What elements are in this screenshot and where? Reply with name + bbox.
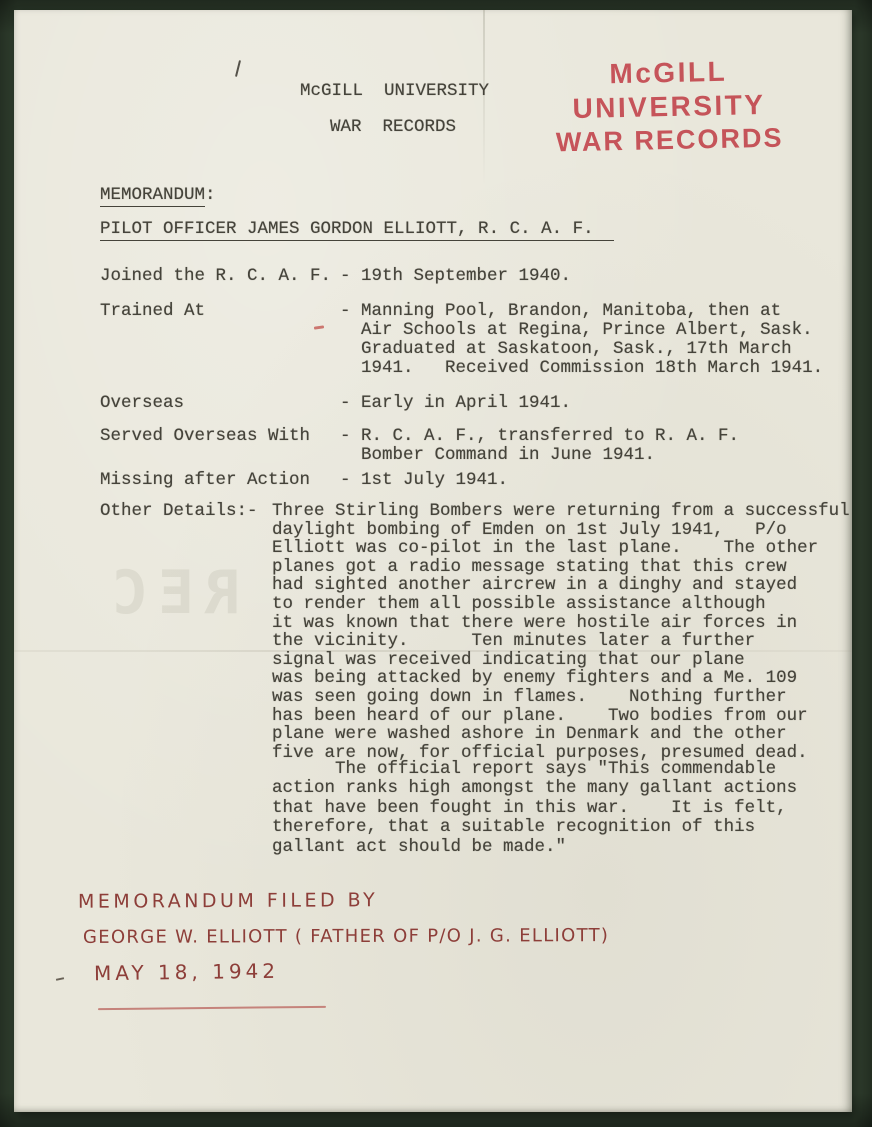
- handwritten-underline: [98, 1006, 326, 1010]
- stamp-line2: WAR RECORDS: [519, 121, 820, 160]
- typed-header-line2: WAR RECORDS: [330, 118, 456, 137]
- field-value-served-with: R. C. A. F., transferred to R. A. F. Bom…: [361, 427, 739, 465]
- handwritten-name-line: GEORGE W. ELLIOTT ( FATHER OF P/O J. G. …: [83, 925, 609, 948]
- memorandum-label: MEMORANDUM: [100, 186, 205, 207]
- subject-name: PILOT OFFICER JAMES GORDON ELLIOTT, R. C…: [100, 220, 614, 241]
- war-records-stamp: McGILL UNIVERSITY WAR RECORDS: [518, 53, 820, 160]
- memorandum-colon: :: [205, 185, 216, 205]
- other-details-label: Other Details:-: [100, 502, 258, 521]
- other-details-paragraph: Three Stirling Bombers were returning fr…: [272, 502, 850, 762]
- field-dash-served-with: -: [340, 427, 351, 446]
- document-paper: REC McGILL UNIVERSITY WAR RECORDS McGILL…: [14, 10, 852, 1112]
- red-tick-mark: [314, 325, 324, 329]
- memorandum-heading: MEMORANDUM:: [100, 186, 216, 207]
- field-dash-joined: -: [340, 267, 351, 286]
- stray-ink-mark: [56, 977, 64, 981]
- field-dash-trained: -: [340, 302, 351, 321]
- field-label-joined: Joined the R. C. A. F.: [100, 267, 331, 286]
- typed-header-line1: McGILL UNIVERSITY: [300, 82, 489, 101]
- scan-mat-background: REC McGILL UNIVERSITY WAR RECORDS McGILL…: [0, 0, 872, 1127]
- handwritten-date-line: MAY 18, 1942: [94, 959, 279, 986]
- field-dash-missing: -: [340, 471, 351, 490]
- official-report-paragraph: The official report says "This commendab…: [272, 760, 797, 857]
- stamp-line1: McGILL UNIVERSITY: [518, 53, 819, 127]
- field-value-joined: 19th September 1940.: [361, 267, 571, 286]
- field-label-trained: Trained At: [100, 302, 205, 321]
- field-label-overseas: Overseas: [100, 394, 184, 413]
- ghost-stamp-impression: REC: [102, 558, 240, 628]
- memorandum-subject: PILOT OFFICER JAMES GORDON ELLIOTT, R. C…: [100, 220, 614, 241]
- field-value-overseas: Early in April 1941.: [361, 394, 571, 413]
- pen-stroke-mark: [235, 60, 241, 77]
- field-dash-overseas: -: [340, 394, 351, 413]
- field-value-missing: 1st July 1941.: [361, 471, 508, 490]
- field-label-missing: Missing after Action: [100, 471, 310, 490]
- field-label-served-with: Served Overseas With: [100, 427, 310, 446]
- field-value-trained: Manning Pool, Brandon, Manitoba, then at…: [361, 302, 823, 378]
- handwritten-filed-by-line: MEMORANDUM FILED BY: [78, 889, 378, 913]
